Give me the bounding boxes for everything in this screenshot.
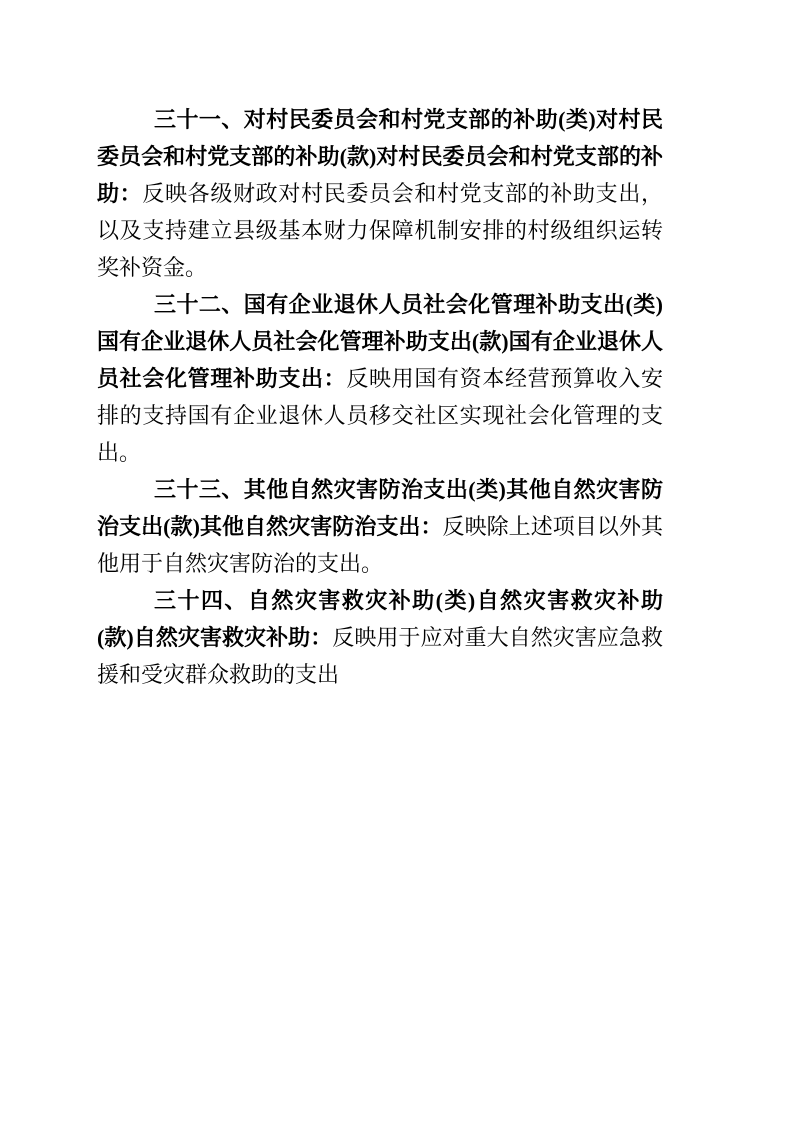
paragraph: 三十三、其他自然灾害防治支出(类)其他自然灾害防治支出(款)其他自然灾害防治支出… (97, 471, 663, 582)
document-content: 三十一、对村民委员会和村党支部的补助(类)对村民委员会和村党支部的补助(款)对村… (97, 101, 663, 693)
paragraph-body: 反映各级财政对村民委员会和村党支部的补助支出，以及支持建立县级基本财力保障机制安… (97, 181, 663, 280)
paragraph: 三十二、国有企业退休人员社会化管理补助支出(类)国有企业退休人员社会化管理补助支… (97, 286, 663, 471)
paragraph: 三十四、自然灾害救灾补助(类)自然灾害救灾补助(款)自然灾害救灾补助：反映用于应… (97, 582, 663, 693)
document-page: 三十一、对村民委员会和村党支部的补助(类)对村民委员会和村党支部的补助(款)对村… (0, 0, 793, 1122)
paragraph: 三十一、对村民委员会和村党支部的补助(类)对村民委员会和村党支部的补助(款)对村… (97, 101, 663, 286)
